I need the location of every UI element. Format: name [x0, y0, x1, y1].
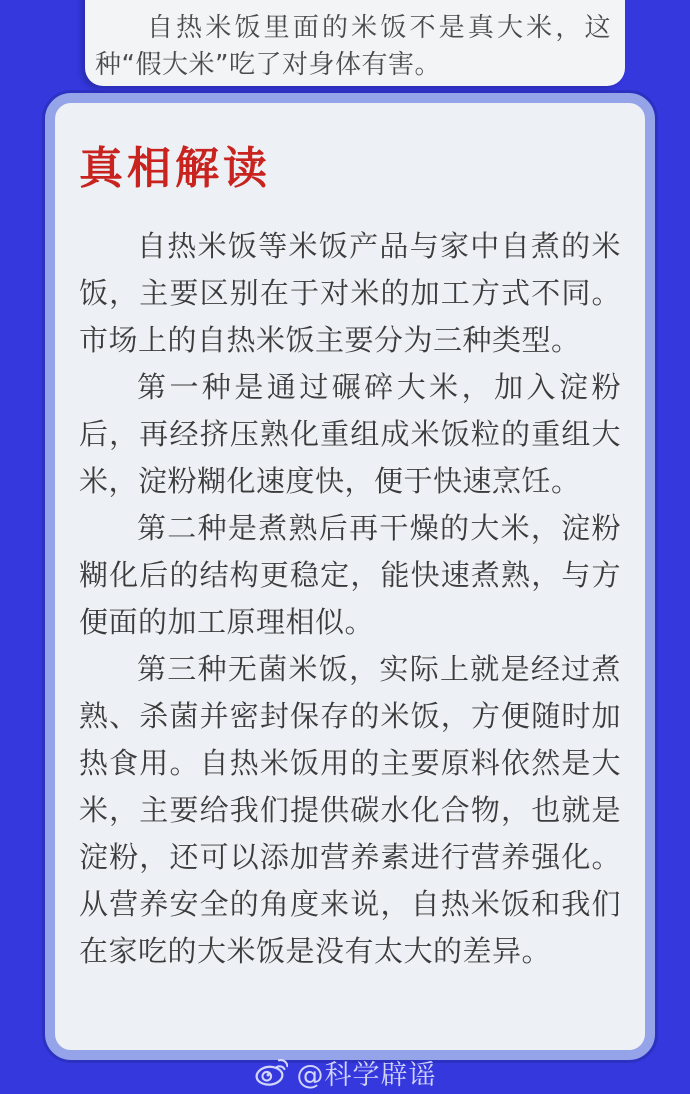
truth-paragraph: 第三种无菌米饭，实际上就是经过煮熟、杀菌并密封保存的米饭，方便随时加热食用。自热… [79, 646, 621, 975]
rumor-card: 自热米饭里面的米饭不是真大米，这种“假大米”吃了对身体有害。 [85, 0, 625, 86]
rumor-text: 自热米饭里面的米饭不是真大米，这种“假大米”吃了对身体有害。 [95, 10, 611, 84]
truth-title: 真相解读 [79, 145, 645, 193]
truth-body: 自热米饭等米饭产品与家中自煮的米饭，主要区别在于对米的加工方式不同。市场上的自热… [79, 223, 621, 975]
weibo-icon [254, 1057, 288, 1087]
truth-paragraph: 自热米饭等米饭产品与家中自煮的米饭，主要区别在于对米的加工方式不同。市场上的自热… [79, 223, 621, 364]
watermark: @科学辟谣 [0, 1052, 690, 1092]
truth-card: 真相解读 自热米饭等米饭产品与家中自煮的米饭，主要区别在于对米的加工方式不同。市… [45, 93, 655, 1060]
watermark-label: @科学辟谣 [297, 1053, 437, 1092]
truth-paragraph: 第二种是煮熟后再干燥的大米，淀粉糊化后的结构更稳定，能快速煮熟，与方便面的加工原… [79, 505, 621, 646]
truth-paragraph: 第一种是通过碾碎大米，加入淀粉后，再经挤压熟化重组成米饭粒的重组大米，淀粉糊化速… [79, 364, 621, 505]
